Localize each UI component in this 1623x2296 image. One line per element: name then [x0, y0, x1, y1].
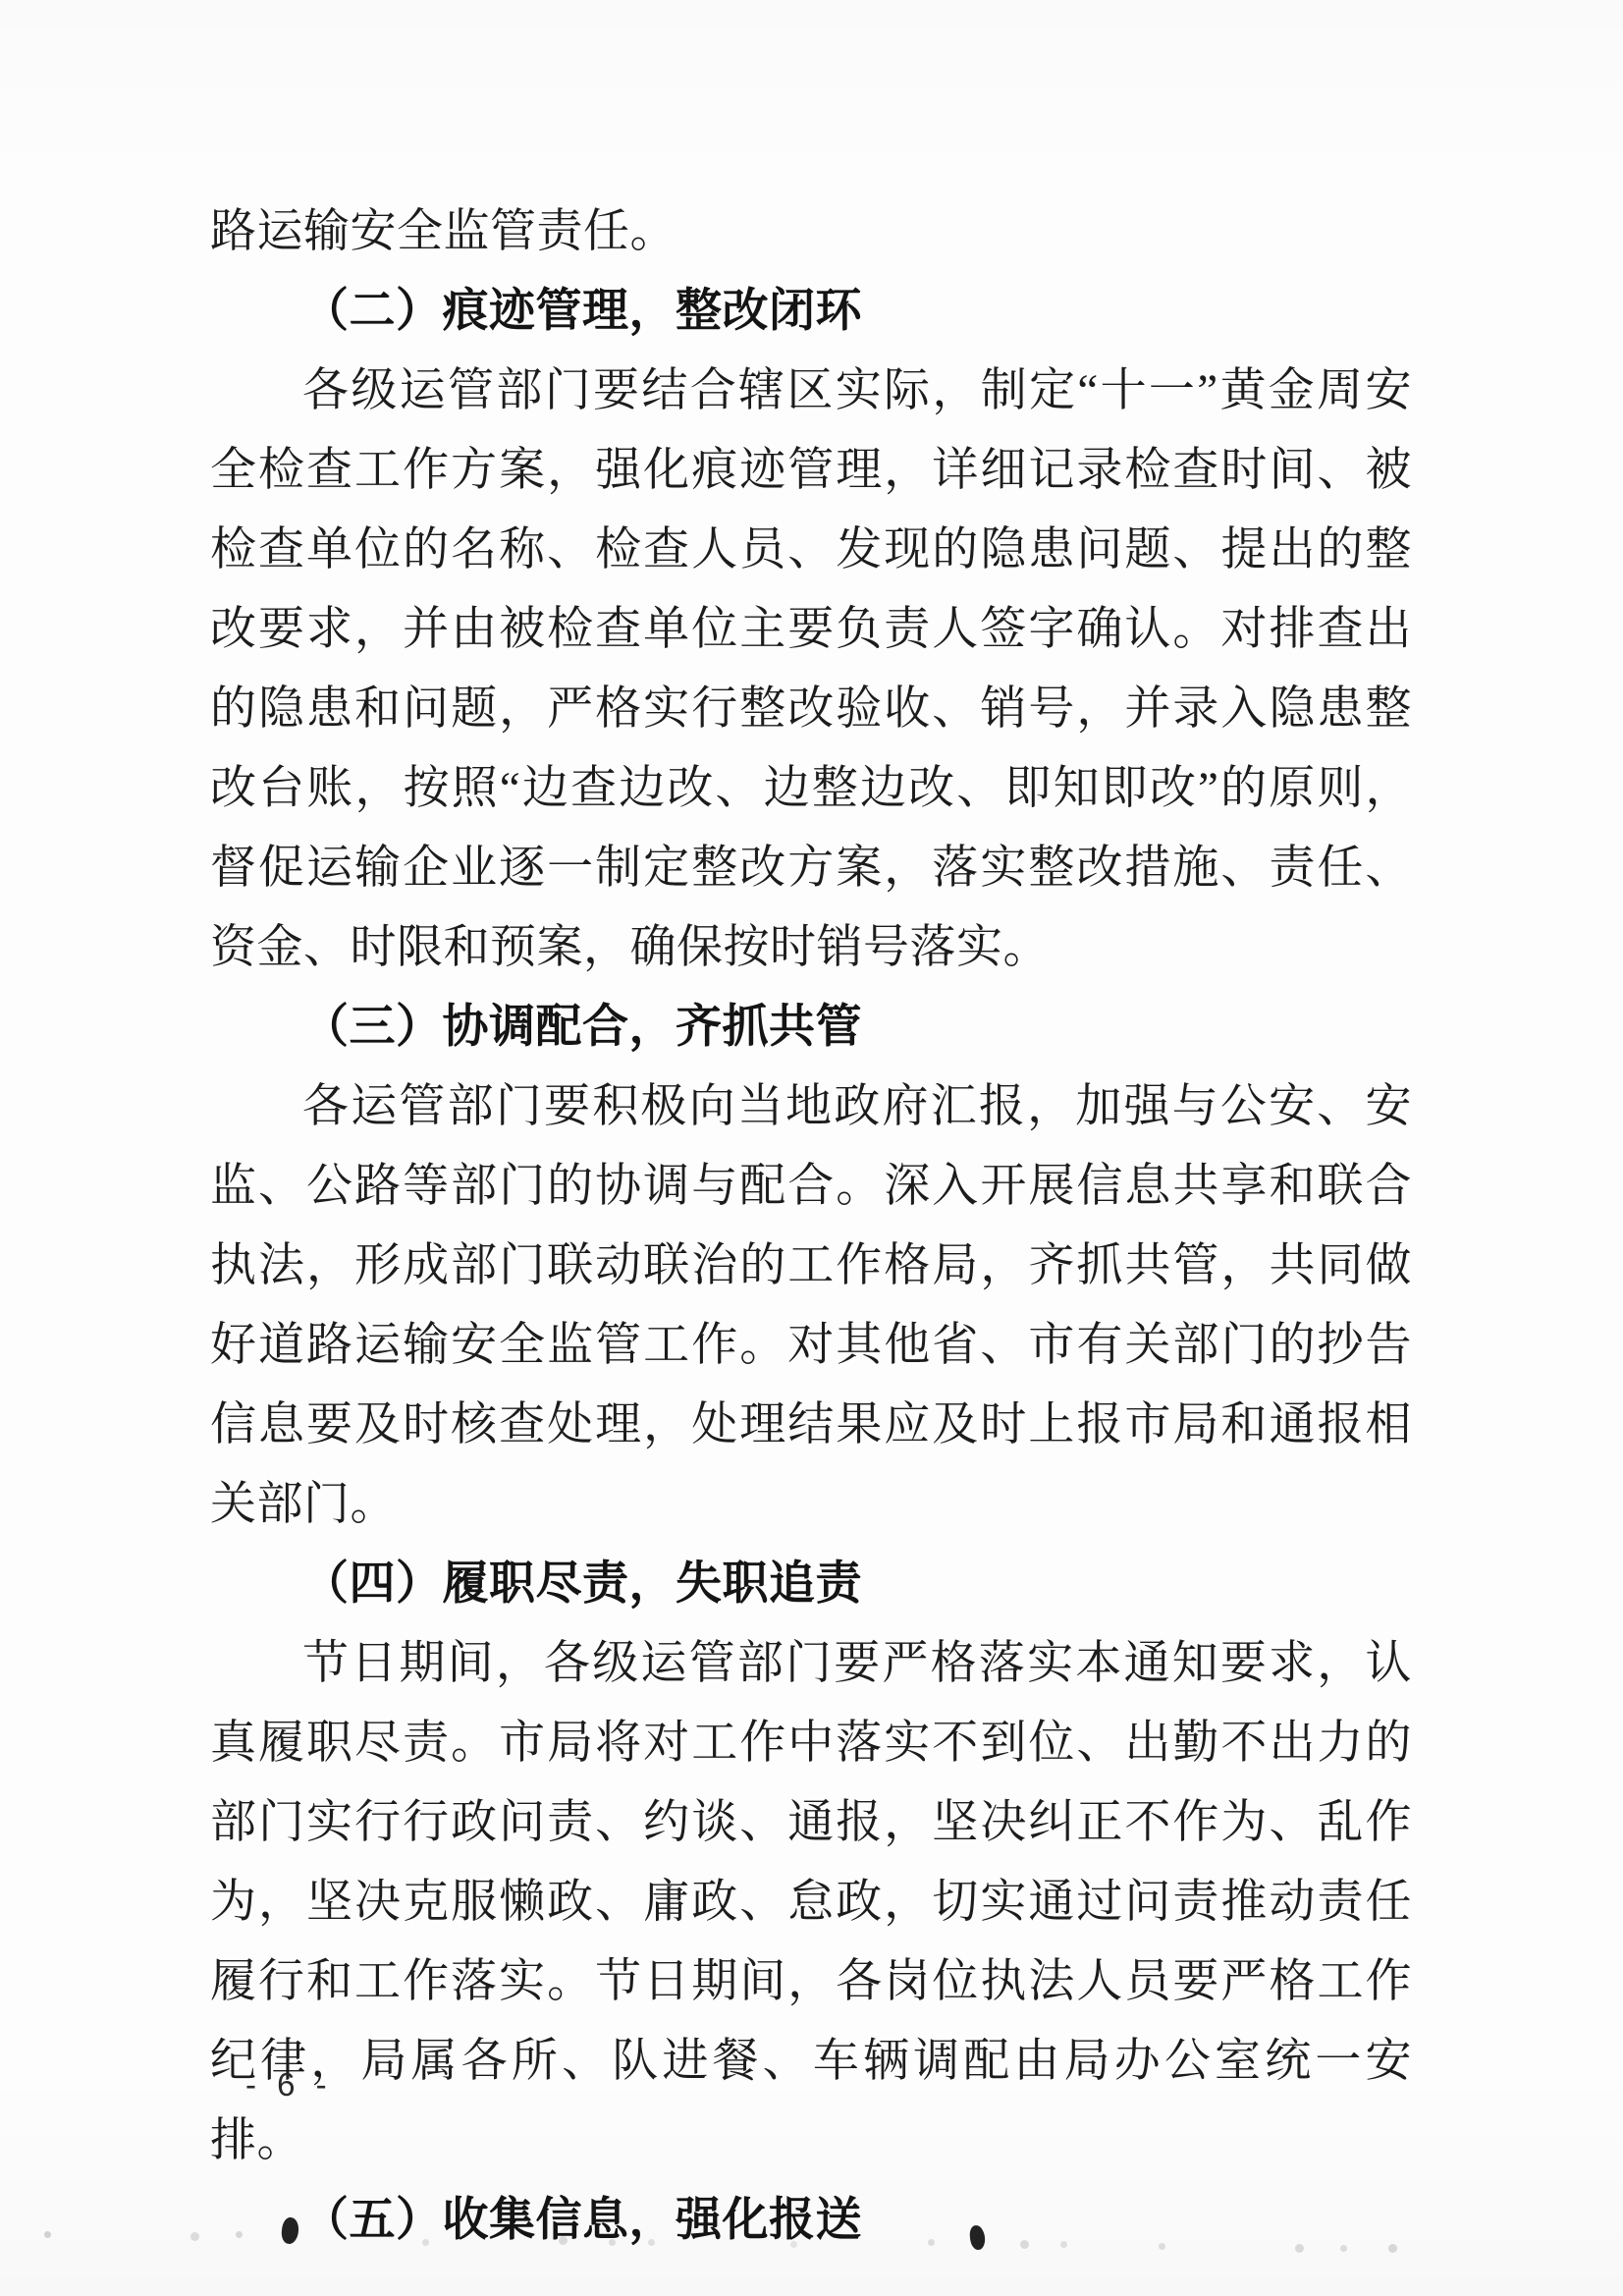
paragraph-section-2: 各级运管部门要结合辖区实际，制定“十一”黄金周安全检查工作方案，强化痕迹管理，详…: [210, 352, 1412, 988]
paragraph-section-4: 节日期间，各级运管部门要严格落实本通知要求，认真履职尽责。市局将对工作中落实不到…: [210, 1624, 1412, 2181]
scanned-document-page: 路运输安全监管责任。 （二）痕迹管理，整改闭环 各级运管部门要结合辖区实际，制定…: [0, 0, 1623, 2296]
section-heading-5: （五）收集信息，强化报送: [210, 2181, 1412, 2261]
document-body: 路运输安全监管责任。 （二）痕迹管理，整改闭环 各级运管部门要结合辖区实际，制定…: [210, 192, 1412, 2261]
section-heading-2: （二）痕迹管理，整改闭环: [210, 272, 1412, 352]
scan-toner-specks: [44, 2231, 51, 2238]
section-heading-4: （四）履职尽责，失职追责: [210, 1545, 1412, 1624]
paragraph-section-3: 各运管部门要积极向当地政府汇报，加强与公安、安监、公路等部门的协调与配合。深入开…: [210, 1067, 1412, 1545]
page-number: - 6 -: [245, 2066, 333, 2104]
paragraph-continuation: 路运输安全监管责任。: [210, 192, 1412, 272]
section-heading-3: （三）协调配合，齐抓共管: [210, 988, 1412, 1067]
